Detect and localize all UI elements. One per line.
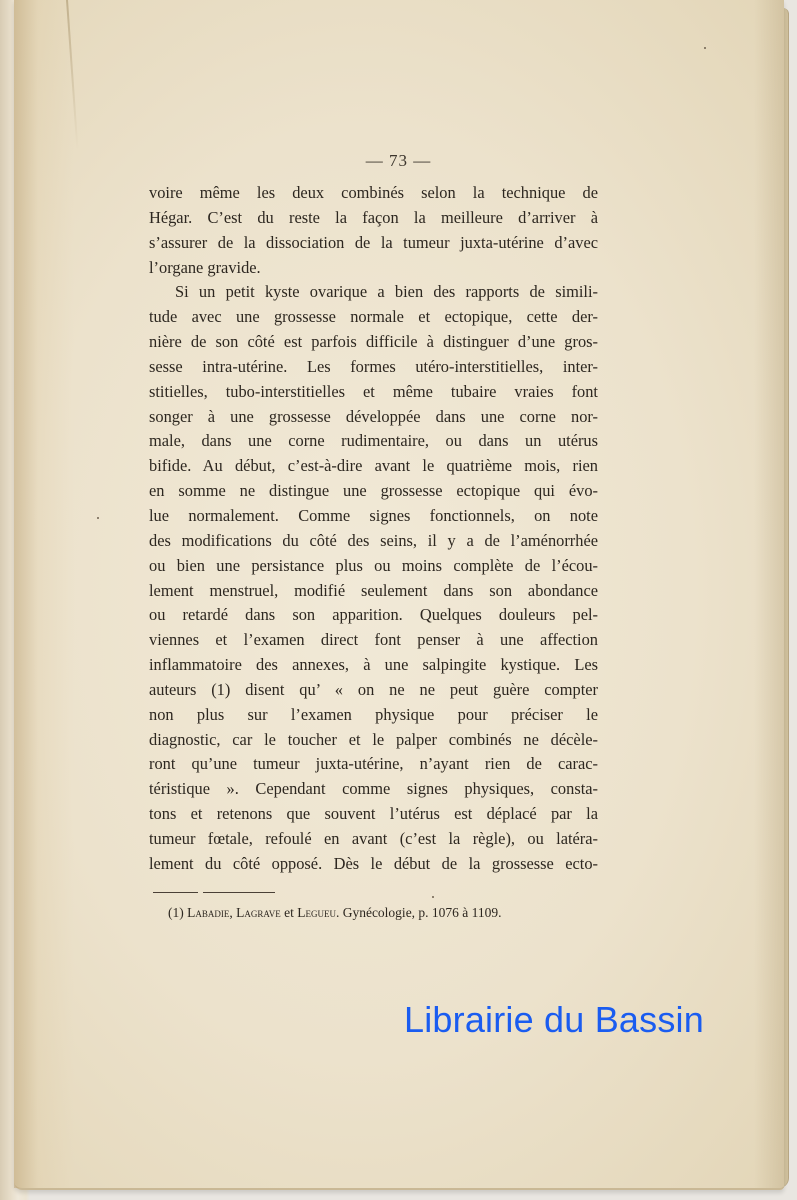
text-line: voire même les deux combinés selon la te… bbox=[149, 181, 598, 206]
paper-speck bbox=[97, 517, 99, 519]
text-line: non plus sur l’examen physique pour préc… bbox=[149, 703, 598, 728]
footnote-rule-right bbox=[203, 892, 275, 893]
paper-speck bbox=[432, 896, 434, 898]
text-line: ou bien une persistance plus ou moins co… bbox=[149, 554, 598, 579]
text-line: diagnostic, car le toucher et le palper … bbox=[149, 728, 598, 753]
page-number: — 73 — bbox=[0, 151, 797, 171]
text-line: l’organe gravide. bbox=[149, 256, 598, 281]
text-line: songer à une grossesse développée dans u… bbox=[149, 405, 598, 430]
text-line: téristique ». Cependant comme signes phy… bbox=[149, 777, 598, 802]
text-line: lue normalement. Comme signes fonctionne… bbox=[149, 504, 598, 529]
text-line: male, dans une corne rudimentaire, ou da… bbox=[149, 429, 598, 454]
paper-speck bbox=[704, 47, 706, 49]
footnote-citation: . Gynécologie, p. 1076 à 1109. bbox=[336, 905, 502, 920]
footnote-marker: (1) bbox=[168, 905, 184, 920]
footnote-author-last: Legueu bbox=[297, 905, 336, 920]
text-line: stitielles, tubo-interstitielles et même… bbox=[149, 380, 598, 405]
text-line: ront qu’une tumeur juxta-utérine, n’ayan… bbox=[149, 752, 598, 777]
text-line: lement menstruel, modifié seulement dans… bbox=[149, 579, 598, 604]
text-line: ou retardé dans son apparition. Quelques… bbox=[149, 603, 598, 628]
text-line: inflammatoire des annexes, à une salping… bbox=[149, 653, 598, 678]
text-line: bifide. Au début, c’est-à-dire avant le … bbox=[149, 454, 598, 479]
text-line: auteurs (1) disent qu’ « on ne ne peut g… bbox=[149, 678, 598, 703]
watermark-text: Librairie du Bassin bbox=[404, 999, 704, 1041]
text-line: s’assurer de la dissociation de la tumeu… bbox=[149, 231, 598, 256]
text-line: sesse intra-utérine. Les formes utéro-in… bbox=[149, 355, 598, 380]
text-line: tumeur fœtale, refoulé en avant (c’est l… bbox=[149, 827, 598, 852]
text-line: lement du côté opposé. Dès le début de l… bbox=[149, 852, 598, 877]
page-crease bbox=[66, 0, 78, 150]
text-line: viennes et l’examen direct font penser à… bbox=[149, 628, 598, 653]
footnote: (1) Labadie, Lagrave et Legueu. Gynécolo… bbox=[168, 905, 502, 921]
text-line: nière de son côté est parfois difficile … bbox=[149, 330, 598, 355]
body-text: voire même les deux combinés selon la te… bbox=[149, 181, 598, 877]
footnote-conjunction: et bbox=[284, 905, 294, 920]
text-line: des modifications du côté des seins, il … bbox=[149, 529, 598, 554]
paragraph-start-line: Si un petit kyste ovarique a bien des ra… bbox=[149, 280, 598, 305]
text-line: tons et retenons que souvent l’utérus es… bbox=[149, 802, 598, 827]
footnote-rule-left bbox=[153, 892, 198, 893]
text-line: Hégar. C’est du reste la façon la meille… bbox=[149, 206, 598, 231]
text-line: tude avec une grossesse normale et ectop… bbox=[149, 305, 598, 330]
text-line: en somme ne distingue une grossesse ecto… bbox=[149, 479, 598, 504]
footnote-authors: Labadie, Lagrave bbox=[187, 905, 281, 920]
